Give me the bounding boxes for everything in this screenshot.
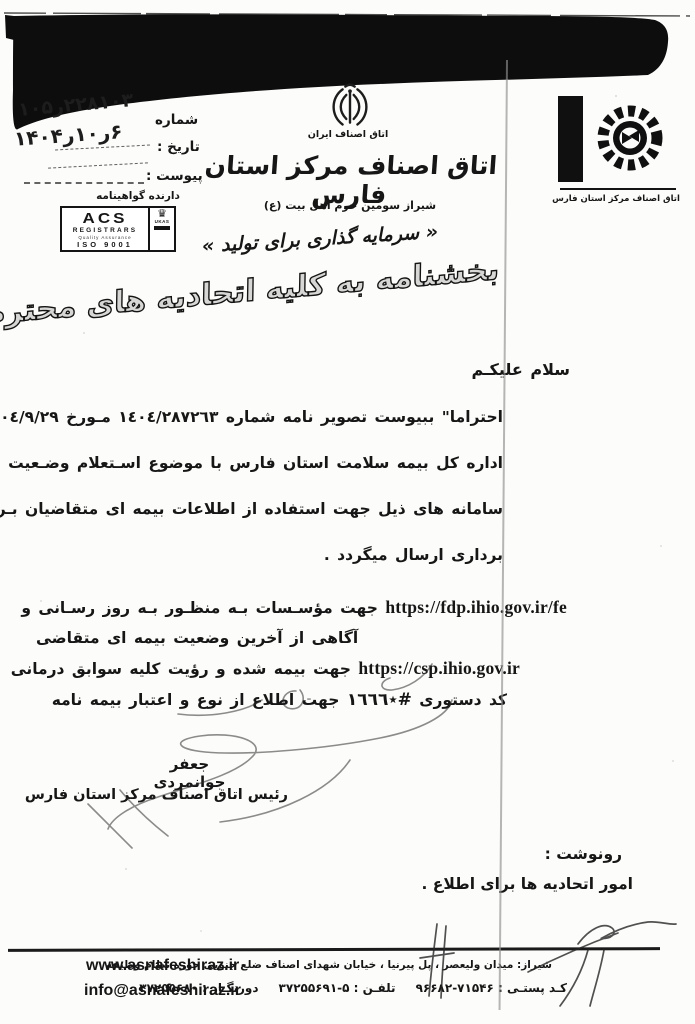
ukas-text: UKAS bbox=[150, 220, 174, 225]
acs-registrars-text: REGISTRARS bbox=[62, 228, 148, 235]
right-logo-caption: اتاق اصناف مرکز استان فارس bbox=[548, 194, 684, 204]
ussd-code-line: کد دستوری ٭١٦٦٦# جهت اطلاع از نوع و اعتب… bbox=[52, 690, 507, 710]
footer-address: شیراز: میدان ولیعصر ، پل پیرنیا ، خیابان… bbox=[106, 959, 552, 971]
fdp-url: https://fdp.ihio.gov.ir/fe bbox=[385, 597, 567, 617]
body-line-3: سامانه های ذیل جهت استفاده از اطلاعات بی… bbox=[0, 500, 503, 518]
emblem-caption: اتاق اصناف ایران bbox=[285, 129, 411, 140]
ukas-bar bbox=[154, 226, 170, 230]
iso-certification-badge: ACS REGISTRARS Quality Assurance ISO 900… bbox=[60, 206, 176, 252]
footer-phone: تلفـن : ۵-۳۷۲۵۵۶۹۱ bbox=[279, 981, 396, 995]
guild-chamber-gear-logo bbox=[556, 92, 680, 188]
acs-badge-left: ACS REGISTRARS Quality Assurance ISO 900… bbox=[62, 208, 148, 250]
footer-postal-code: کـد پستـی : ۷۱۵۴۶-۹۶۶۸۲ bbox=[416, 981, 567, 995]
fdp-url-line: https://fdp.ihio.gov.ir/fe جهت مؤسـسات ب… bbox=[21, 597, 567, 618]
fdp-url-description: جهت مؤسـسات بـه منظـور بـه روز رسـانی و bbox=[21, 599, 378, 617]
cc-label: رونوشت : bbox=[545, 845, 622, 863]
body-line-4: برداری ارسال میگردد . bbox=[324, 546, 503, 564]
fdp-url-description-2: آگاهی از آخرین وضعیت بیمه ای متقاضی bbox=[36, 629, 358, 647]
ussd-prefix: کد دستوری bbox=[419, 691, 507, 709]
signatory-name: جعفر جوانمردی bbox=[132, 755, 247, 791]
signatory-title: رئیس اتاق اصناف مرکز استان فارس bbox=[84, 787, 288, 803]
iran-national-emblem-icon bbox=[320, 82, 380, 130]
attachment-dotted-line bbox=[24, 170, 144, 184]
ukas-mark: ♛ UKAS bbox=[148, 208, 174, 250]
csp-url-line: https://csp.ihio.gov.ir جهت بیمه شده و ر… bbox=[11, 658, 520, 679]
ussd-suffix: جهت اطلاع از نوع و اعتبار بیمه نامه bbox=[52, 691, 340, 709]
production-slogan: « سرمایه گذاری برای تولید » bbox=[193, 220, 448, 257]
cc-line: امور اتحادیه ها برای اطلاع . bbox=[421, 875, 633, 893]
csp-url: https://csp.ihio.gov.ir bbox=[358, 658, 520, 678]
right-logo-underline bbox=[560, 188, 676, 190]
footer-divider-line bbox=[8, 947, 660, 952]
scan-blob-corner bbox=[5, 15, 14, 40]
body-line-2: اداره کل بیمه سلامت استان فارس با موضوع … bbox=[0, 454, 503, 472]
body-line-1: احتراما" ببیوست تصویر نامه شماره ١٤٠٤/٢٨… bbox=[0, 408, 503, 426]
csp-url-description: جهت بیمه شده و رؤیت کلیه سوابق درمانی bbox=[11, 660, 351, 678]
circular-heading: بخشنامه به کلیه اتحادیه های محترم صنفی bbox=[41, 252, 500, 327]
footer-contact-row: کـد پستـی : ۷۱۵۴۶-۹۶۶۸۲ تلفـن : ۵-۳۷۲۵۵۶… bbox=[139, 981, 567, 995]
acs-logo-text: ACS bbox=[62, 211, 148, 225]
city-motto: شیراز سومین حرم اهل بیت (ع) bbox=[238, 199, 462, 212]
footer-fax: دورنگـار : ۳۷۲۵۵۶۸۰ bbox=[139, 981, 258, 995]
salutation: سلام علیکـم bbox=[472, 360, 571, 379]
acs-iso-text: ISO 9001 bbox=[62, 241, 148, 249]
scanned-letter-page: شماره ۲۲۸۱۰۳ر۱۰۵ تاریخ : ۶ر۱۰ر۱۴۰۴ پیوست… bbox=[0, 0, 695, 1024]
certificate-holder-note: دارنده گواهینامه bbox=[83, 190, 193, 202]
ussd-code: ٭١٦٦٦# bbox=[347, 690, 412, 710]
number-label: شماره bbox=[155, 112, 198, 128]
